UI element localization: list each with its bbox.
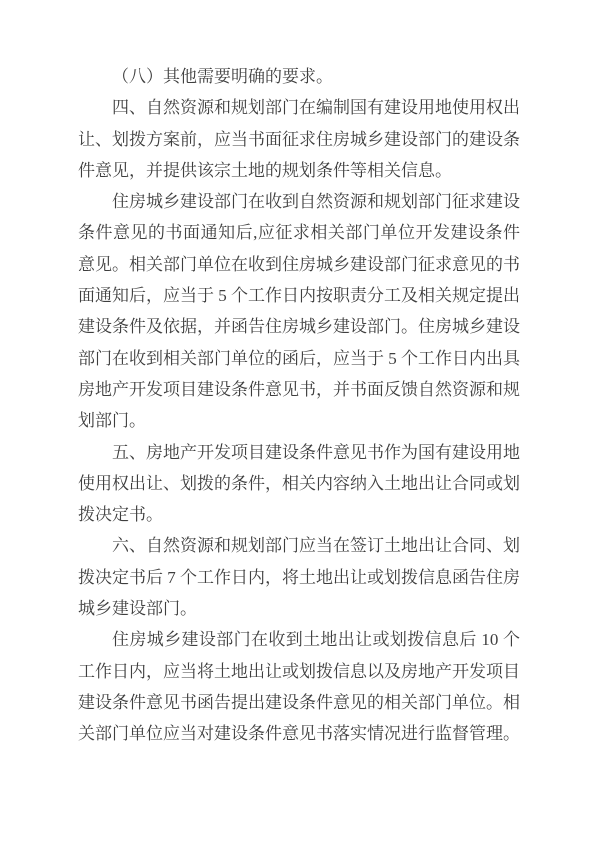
- paragraph-section-6: 六、自然资源和规划部门应当在签订土地出让合同、划拨决定书后 7 个工作日内，将土…: [78, 530, 520, 624]
- paragraph-section-5: 五、房地产开发项目建设条件意见书作为国有建设用地使用权出让、划拨的条件，相关内容…: [78, 437, 520, 531]
- document-page: （八）其他需要明确的要求。 四、自然资源和规划部门在编制国有建设用地使用权出让、…: [0, 0, 596, 842]
- paragraph-section-4-procedure: 住房城乡建设部门在收到自然资源和规划部门征求建设条件意见的书面通知后,应征求相关…: [78, 186, 520, 436]
- paragraph-section-6-procedure: 住房城乡建设部门在收到土地出让或划拨信息后 10 个工作日内，应当将土地出让或划…: [78, 624, 520, 749]
- paragraph-section-4: 四、自然资源和规划部门在编制国有建设用地使用权出让、划拨方案前，应当书面征求住房…: [78, 92, 520, 186]
- document-text-block: （八）其他需要明确的要求。 四、自然资源和规划部门在编制国有建设用地使用权出让、…: [78, 61, 520, 750]
- paragraph-item-8-requirements: （八）其他需要明确的要求。: [78, 61, 520, 92]
